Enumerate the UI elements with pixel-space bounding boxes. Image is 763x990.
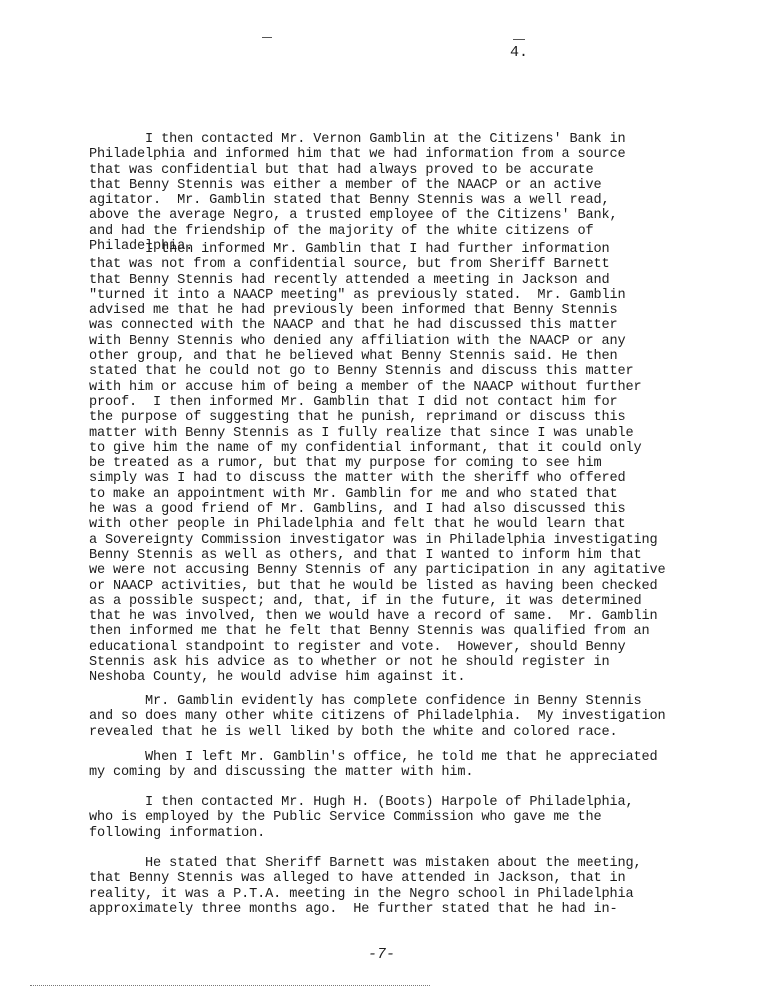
scan-mark [513, 39, 525, 40]
page-number: 4. [510, 44, 528, 61]
document-page: 4. I then contacted Mr. Vernon Gamblin a… [0, 0, 763, 990]
scan-mark [262, 37, 272, 38]
paragraph-5: I then contacted Mr. Hugh H. (Boots) Har… [89, 795, 749, 841]
scan-edge-rule [30, 985, 430, 987]
footer-page-mark: -7- [368, 946, 395, 963]
paragraph-6: He stated that Sheriff Barnett was mista… [89, 856, 749, 917]
paragraph-2: I then informed Mr. Gamblin that I had f… [89, 242, 749, 686]
paragraph-4: When I left Mr. Gamblin's office, he tol… [89, 750, 749, 781]
paragraph-1: I then contacted Mr. Vernon Gamblin at t… [89, 132, 749, 254]
paragraph-3: Mr. Gamblin evidently has complete confi… [89, 694, 749, 740]
